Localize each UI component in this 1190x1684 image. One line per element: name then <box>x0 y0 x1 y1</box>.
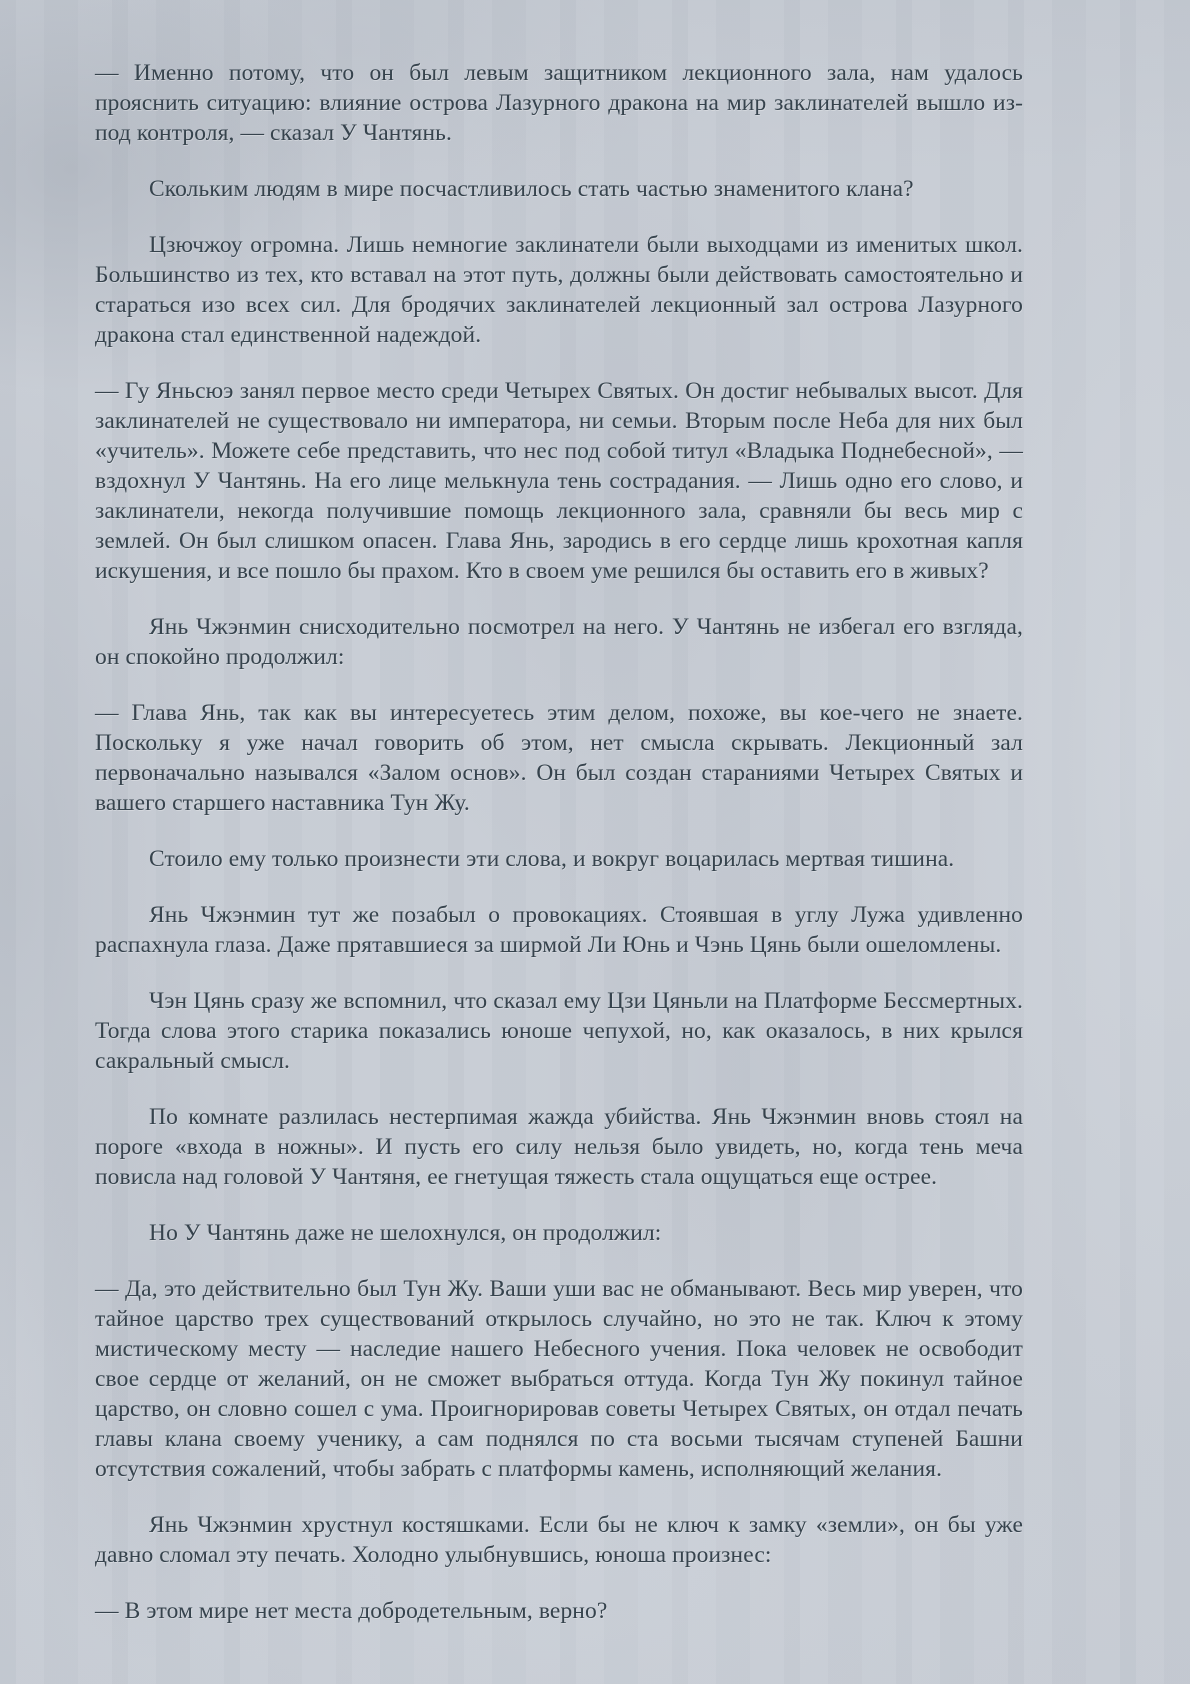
paragraph: Скольким людям в мире посчастливилось ст… <box>95 174 1023 204</box>
book-page: { "doc": { "language": "ru", "colors": {… <box>0 0 1190 1684</box>
paragraph: Чэн Цянь сразу же вспомнил, что сказал е… <box>95 986 1023 1076</box>
paragraph: — Гу Яньсюэ занял первое место среди Чет… <box>95 376 1023 586</box>
paragraph: Янь Чжэнмин снисходительно посмотрел на … <box>95 612 1023 672</box>
page-text-block: — Именно потому, что он был левым защитн… <box>95 58 1023 1652</box>
paragraph: По комнате разлилась нестерпимая жажда у… <box>95 1102 1023 1192</box>
paragraph: — Именно потому, что он был левым защитн… <box>95 58 1023 148</box>
paragraph: Цзючжоу огромна. Лишь немногие заклинате… <box>95 230 1023 350</box>
paragraph: Но У Чантянь даже не шелохнулся, он прод… <box>95 1218 1023 1248</box>
paragraph: — В этом мире нет места добродетельным, … <box>95 1596 1023 1626</box>
paragraph: — Да, это действительно был Тун Жу. Ваши… <box>95 1274 1023 1484</box>
paragraph: Янь Чжэнмин тут же позабыл о провокациях… <box>95 900 1023 960</box>
paragraph: — Глава Янь, так как вы интересуетесь эт… <box>95 698 1023 818</box>
paragraph: Стоило ему только произнести эти слова, … <box>95 844 1023 874</box>
paragraph: Янь Чжэнмин хрустнул костяшками. Если бы… <box>95 1510 1023 1570</box>
